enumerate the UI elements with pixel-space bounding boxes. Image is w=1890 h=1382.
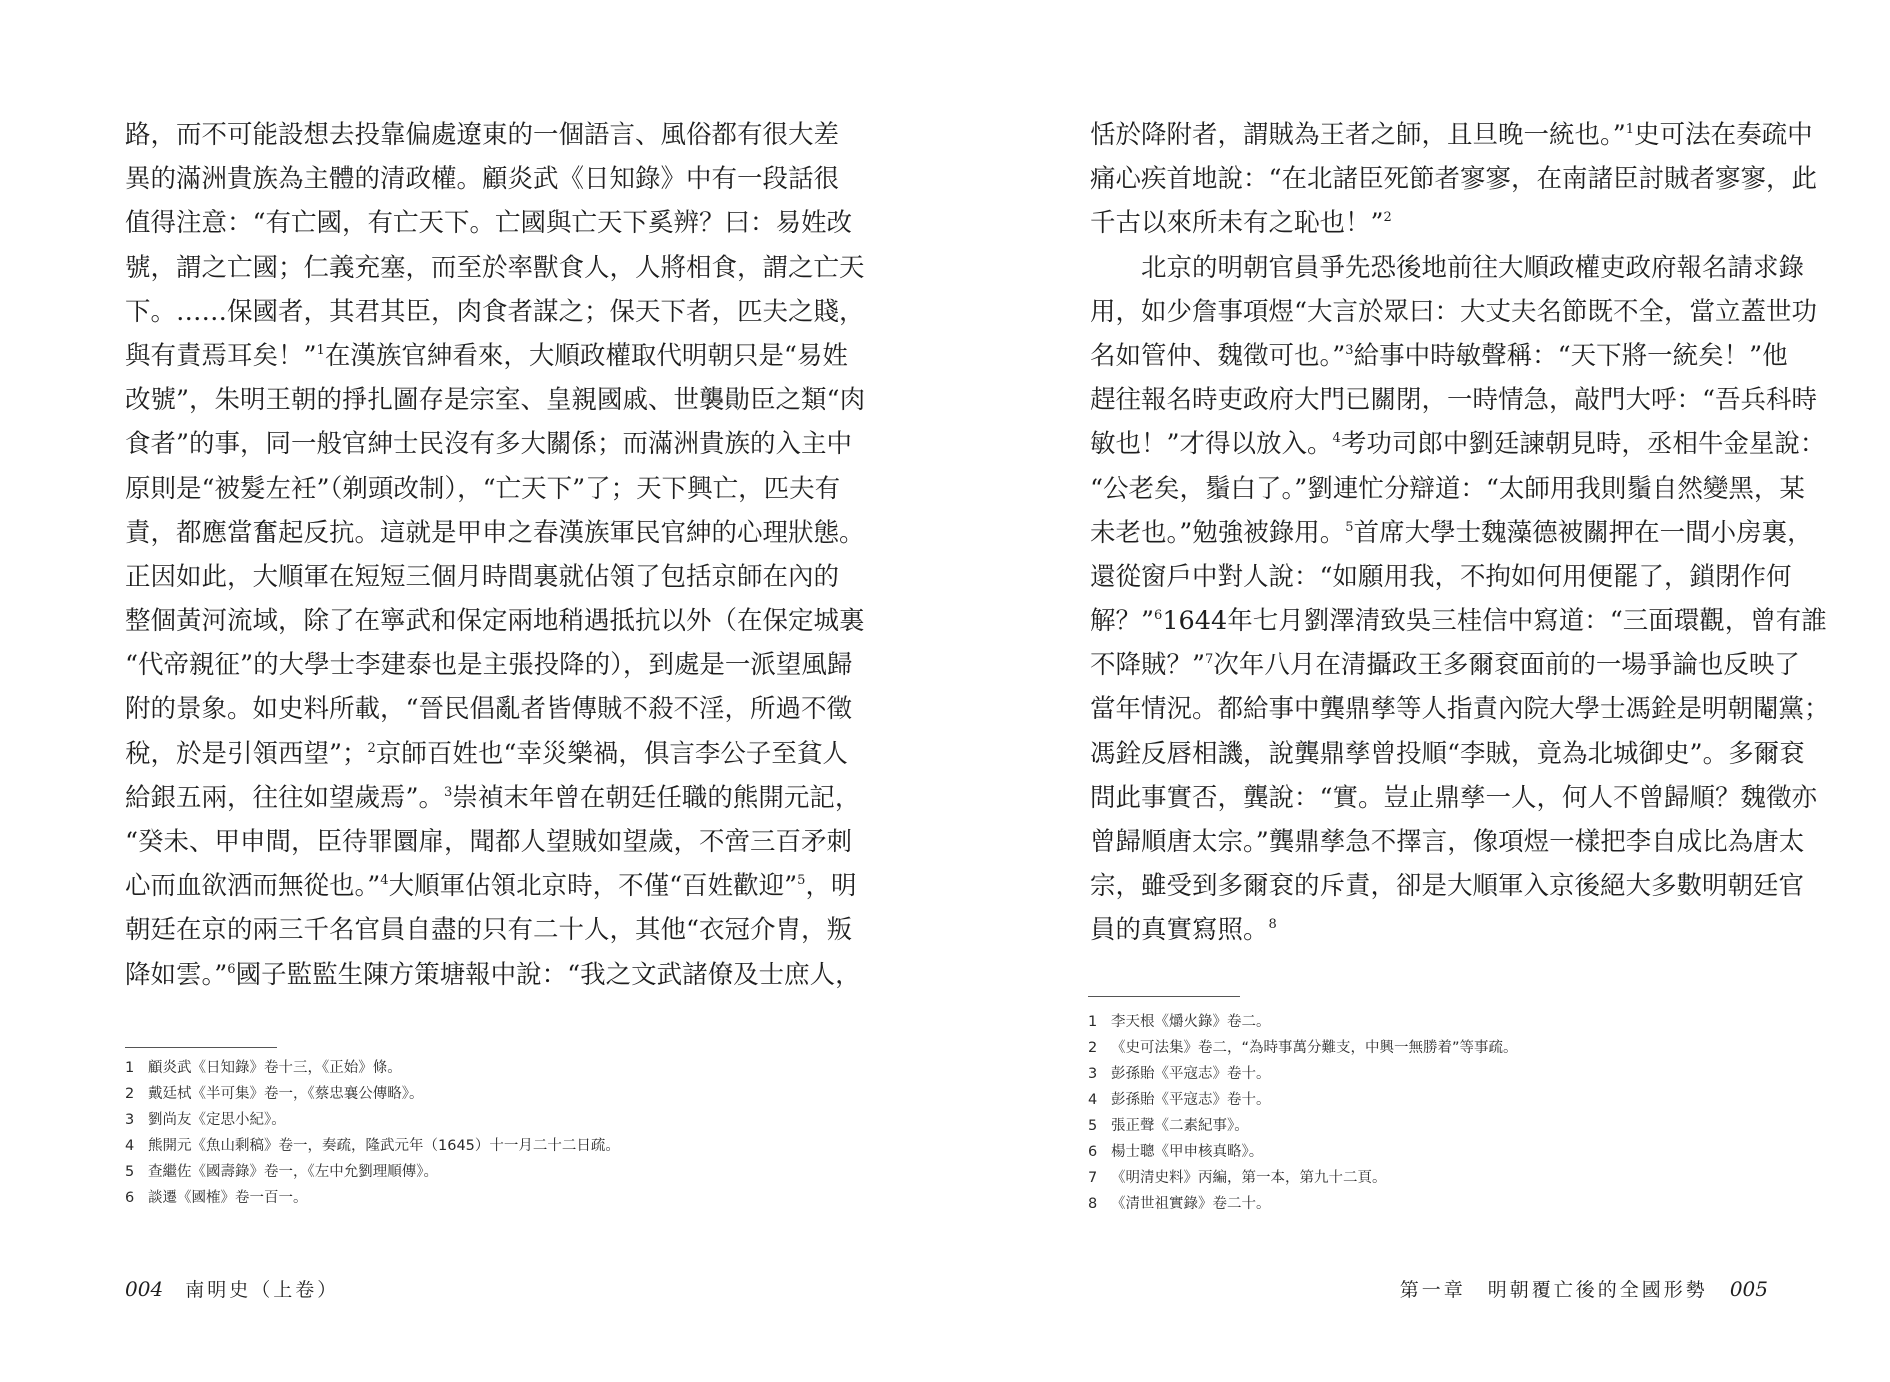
- text-line: 解？”61644年七月劉澤清致吳三桂信中寫道：“三面環觀，曾有誰: [1090, 599, 1772, 643]
- footnote-marker: 8: [1269, 917, 1277, 932]
- footnote: 3彭孫貽《平寇志》卷十。: [1088, 1061, 1518, 1087]
- text-line: 北京的明朝官員爭先恐後地前往大順政權吏政府報名請求錄: [1090, 246, 1772, 290]
- text-line: 正因如此，大順軍在短短三個月時間裏就佔領了包括京師在內的: [125, 555, 807, 599]
- footnote: 4熊開元《魚山剩稿》卷一，奏疏，隆武元年（1645）十一月二十二日疏。: [125, 1133, 620, 1159]
- text-line: 降如雲。”6國子監監生陳方策塘報中說：“我之文武諸僚及士庶人，: [125, 953, 807, 997]
- text-line: 責，都應當奮起反抗。這就是甲申之春漢族軍民官紳的心理狀態。: [125, 511, 807, 555]
- text-line: 痛心疾首地說：“在北諸臣死節者寥寥，在南諸臣討賊者寥寥，此: [1090, 157, 1772, 201]
- footnote-marker: 5: [1345, 520, 1353, 535]
- footnote-number: 5: [125, 1159, 148, 1185]
- footnote: 1李天根《爝火錄》卷二。: [1088, 1009, 1518, 1035]
- page-number: 005: [1730, 1277, 1768, 1301]
- footnote-marker: 2: [368, 741, 376, 756]
- text-line: 與有責焉耳矣！”1在漢族官紳看來，大順政權取代明朝只是“易姓: [125, 334, 807, 378]
- footnote-text: 顧炎武《日知錄》卷十三，《正始》條。: [148, 1060, 402, 1076]
- text-line: 朝廷在京的兩三千名官員自盡的只有二十人，其他“衣冠介胄，叛: [125, 908, 807, 952]
- footnote-number: 2: [125, 1081, 148, 1107]
- right-page: 恬於降附者，謂賊為王者之師，且旦晚一統也。”1史可法在奏疏中痛心疾首地說：“在北…: [945, 0, 1890, 1382]
- text-line: 原則是“被髮左衽”（剃頭改制），“亡天下”了；天下興亡，匹夫有: [125, 467, 807, 511]
- footnote-number: 1: [125, 1055, 148, 1081]
- text-line: 名如管仲、魏徵可也。”3給事中時敏聲稱：“天下將一統矣！”他: [1090, 334, 1772, 378]
- left-body-text: 路，而不可能設想去投靠偏處遼東的一個語言、風俗都有很大差異的滿洲貴族為主體的清政…: [125, 113, 807, 997]
- footnote-number: 1: [1088, 1009, 1111, 1035]
- text-line: 號，謂之亡國；仁義充塞，而至於率獸食人，人將相食，謂之亡天: [125, 246, 807, 290]
- text-line: 附的景象。如史料所載，“晉民倡亂者皆傳賊不殺不淫，所過不徵: [125, 687, 807, 731]
- footnote: 4彭孫貽《平寇志》卷十。: [1088, 1087, 1518, 1113]
- left-page: 路，而不可能設想去投靠偏處遼東的一個語言、風俗都有很大差異的滿洲貴族為主體的清政…: [0, 0, 945, 1382]
- footnote-rule: [1088, 996, 1240, 997]
- footnote-number: 2: [1088, 1035, 1111, 1061]
- text-line: 宗，雖受到多爾袞的斥責，卻是大順軍入京後絕大多數明朝廷官: [1090, 864, 1772, 908]
- footnote-text: 戴廷栻《半可集》卷一，《蔡忠襄公傳略》。: [148, 1086, 424, 1102]
- text-line: 整個黃河流域，除了在寧武和保定兩地稍遇抵抗以外（在保定城裏: [125, 599, 807, 643]
- footnote-number: 4: [125, 1133, 148, 1159]
- text-line: 趕往報名時吏政府大門已關閉，一時情急，敲門大呼：“吾兵科時: [1090, 378, 1772, 422]
- footnote-rule: [125, 1047, 277, 1048]
- text-line: “公老矣，鬚白了。”劉連忙分辯道：“太師用我則鬚自然變黑，某: [1090, 467, 1772, 511]
- footnote-text: 李天根《爝火錄》卷二。: [1111, 1014, 1271, 1030]
- footnote: 7《明清史料》丙編，第一本，第九十二頁。: [1088, 1165, 1518, 1191]
- footnote-marker: 4: [1333, 431, 1341, 446]
- page-number: 004: [125, 1277, 163, 1301]
- footnote-marker: 1: [317, 343, 325, 358]
- text-line: 下。……保國者，其君其臣，肉食者謀之；保天下者，匹夫之賤，: [125, 290, 807, 334]
- footnote: 5張正聲《二素紀事》。: [1088, 1113, 1518, 1139]
- text-line: 千古以來所未有之恥也！”2: [1090, 201, 1772, 245]
- footnote-marker: 5: [797, 873, 805, 888]
- footnote-marker: 4: [380, 873, 388, 888]
- text-line: 用，如少詹事項煜“大言於眾曰：大丈夫名節既不全，當立蓋世功: [1090, 290, 1772, 334]
- footnote-number: 6: [125, 1185, 148, 1211]
- text-line: “癸未、甲申間，臣待罪圜扉，聞都人望賊如望歲，不啻三百矛刺: [125, 820, 807, 864]
- footnote-text: 彭孫貽《平寇志》卷十。: [1111, 1092, 1271, 1108]
- text-line: 恬於降附者，謂賊為王者之師，且旦晚一統也。”1史可法在奏疏中: [1090, 113, 1772, 157]
- running-head: 第一章 明朝覆亡後的全國形勢: [1400, 1279, 1708, 1301]
- footnote-text: 劉尚友《定思小紀》。: [148, 1112, 286, 1128]
- footnote-marker: 1: [1626, 122, 1634, 137]
- text-line: 問此事實否，龔說：“實。豈止鼎孳一人，何人不曾歸順？魏徵亦: [1090, 776, 1772, 820]
- footnote-text: 彭孫貽《平寇志》卷十。: [1111, 1066, 1271, 1082]
- text-line: 稅，於是引領西望”；2京師百姓也“幸災樂禍，俱言李公子至貧人: [125, 732, 807, 776]
- footnote: 5查繼佐《國壽錄》卷一，《左中允劉理順傳》。: [125, 1159, 620, 1185]
- footnote-text: 查繼佐《國壽錄》卷一，《左中允劉理順傳》。: [148, 1164, 438, 1180]
- text-line: 員的真實寫照。8: [1090, 908, 1772, 952]
- footnote-text: 談遷《國榷》卷一百一。: [148, 1190, 308, 1206]
- footnote: 3劉尚友《定思小紀》。: [125, 1107, 620, 1133]
- footnote-marker: 2: [1384, 210, 1392, 225]
- text-line: 異的滿洲貴族為主體的清政權。顧炎武《日知錄》中有一段話很: [125, 157, 807, 201]
- right-body-text: 恬於降附者，謂賊為王者之師，且旦晚一統也。”1史可法在奏疏中痛心疾首地說：“在北…: [1090, 113, 1772, 953]
- footnote-number: 6: [1088, 1139, 1111, 1165]
- running-head: 南明史（上卷）: [185, 1279, 339, 1301]
- footnote-number: 7: [1088, 1165, 1111, 1191]
- text-line: 路，而不可能設想去投靠偏處遼東的一個語言、風俗都有很大差: [125, 113, 807, 157]
- footnote: 6談遷《國榷》卷一百一。: [125, 1185, 620, 1211]
- right-footnotes: 1李天根《爝火錄》卷二。2《史可法集》卷二，“為時事萬分難支，中興一無勝着”等事…: [1088, 1009, 1518, 1217]
- footnote-text: 《史可法集》卷二，“為時事萬分難支，中興一無勝着”等事疏。: [1111, 1040, 1518, 1056]
- footnote-text: 楊士聰《甲申核真略》。: [1111, 1144, 1263, 1160]
- text-line: 改號”，朱明王朝的掙扎圖存是宗室、皇親國戚、世襲勛臣之類“肉: [125, 378, 807, 422]
- footnote-number: 4: [1088, 1087, 1111, 1113]
- footnote-number: 5: [1088, 1113, 1111, 1139]
- text-line: 給銀五兩，往往如望歲焉”。3崇禎末年曾在朝廷任職的熊開元記，: [125, 776, 807, 820]
- text-line: 馮銓反唇相譏，說龔鼎孳曾投順“李賊，竟為北城御史”。多爾袞: [1090, 732, 1772, 776]
- text-line: 還從窗戶中對人說：“如願用我，不拘如何用便罷了，鎖閉作何: [1090, 555, 1772, 599]
- text-line: 曾歸順唐太宗。”龔鼎孳急不擇言，像項煜一樣把李自成比為唐太: [1090, 820, 1772, 864]
- footnote-marker: 7: [1205, 652, 1213, 667]
- footnote: 2《史可法集》卷二，“為時事萬分難支，中興一無勝着”等事疏。: [1088, 1035, 1518, 1061]
- footnote-text: 熊開元《魚山剩稿》卷一，奏疏，隆武元年（1645）十一月二十二日疏。: [148, 1138, 620, 1154]
- footnote: 8《清世祖實錄》卷二十。: [1088, 1191, 1518, 1217]
- text-line: 當年情況。都給事中龔鼎孳等人指責內院大學士馮銓是明朝閹黨；: [1090, 687, 1772, 731]
- footnote-marker: 3: [444, 785, 452, 800]
- right-footer: 第一章 明朝覆亡後的全國形勢005: [1400, 1275, 1768, 1302]
- footnote: 6楊士聰《甲申核真略》。: [1088, 1139, 1518, 1165]
- text-line: 值得注意：“有亡國，有亡天下。亡國與亡天下奚辨？曰：易姓改: [125, 201, 807, 245]
- footnote-marker: 3: [1345, 343, 1353, 358]
- footnote: 2戴廷栻《半可集》卷一，《蔡忠襄公傳略》。: [125, 1081, 620, 1107]
- footnote-text: 《清世祖實錄》卷二十。: [1111, 1196, 1271, 1212]
- footnote-marker: 6: [227, 962, 235, 977]
- left-footer: 004南明史（上卷）: [125, 1275, 339, 1302]
- footnote-number: 3: [1088, 1061, 1111, 1087]
- left-footnotes: 1顧炎武《日知錄》卷十三，《正始》條。2戴廷栻《半可集》卷一，《蔡忠襄公傳略》。…: [125, 1055, 620, 1211]
- footnote-text: 張正聲《二素紀事》。: [1111, 1118, 1249, 1134]
- text-line: 食者”的事，同一般官紳士民沒有多大關係；而滿洲貴族的入主中: [125, 422, 807, 466]
- text-line: 不降賊？”7次年八月在清攝政王多爾袞面前的一場爭論也反映了: [1090, 643, 1772, 687]
- footnote-number: 3: [125, 1107, 148, 1133]
- text-line: 心而血欲洒而無從也。”4大順軍佔領北京時，不僅“百姓歡迎”5，明: [125, 864, 807, 908]
- footnote-text: 《明清史料》丙編，第一本，第九十二頁。: [1111, 1170, 1387, 1186]
- footnote: 1顧炎武《日知錄》卷十三，《正始》條。: [125, 1055, 620, 1081]
- text-line: 敏也！”才得以放入。4考功司郎中劉廷諫朝見時，丞相牛金星說：: [1090, 422, 1772, 466]
- footnote-marker: 6: [1154, 608, 1162, 623]
- text-line: “代帝親征”的大學士李建泰也是主張投降的），到處是一派望風歸: [125, 643, 807, 687]
- footnote-number: 8: [1088, 1191, 1111, 1217]
- text-line: 未老也。”勉強被錄用。5首席大學士魏藻德被關押在一間小房裏，: [1090, 511, 1772, 555]
